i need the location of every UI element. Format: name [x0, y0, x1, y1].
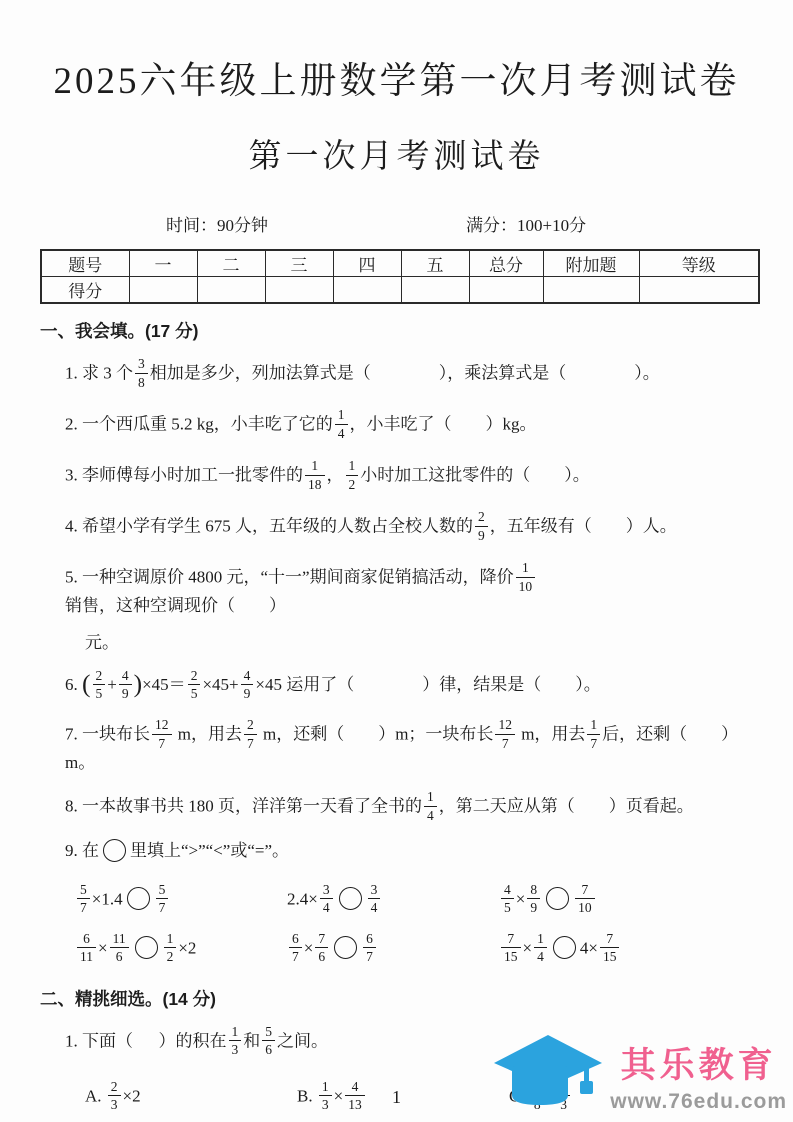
paper-meta: 时间：90分钟 满分：100+10分: [40, 211, 753, 237]
fraction: 715: [600, 931, 620, 964]
fraction: 45: [501, 882, 514, 915]
score-table-header-cell: 附加题: [543, 250, 639, 277]
fraction: 118: [305, 458, 325, 491]
question-5: 5. 一种空调原价 4800 元，“十一”期间商家促销搞活动，降价110销售，这…: [65, 562, 753, 618]
fraction: 715: [501, 931, 521, 964]
score-table-header-cell: 四: [333, 250, 401, 277]
question-9: 9. 在里填上“>”“<”或“=”。: [65, 840, 753, 864]
fraction: 13: [229, 1024, 242, 1057]
fraction: 17: [587, 717, 600, 750]
score-table-header-cell: 二: [197, 250, 265, 277]
big-paren: ): [134, 669, 143, 698]
brand-name: 其乐教育: [610, 1038, 787, 1088]
fraction: 49: [119, 668, 132, 701]
answer-circle: [334, 936, 357, 959]
fraction: 14: [424, 789, 437, 822]
question-1: 1. 求 3 个38相加是多少，列加法算式是（ ），乘法算式是（ ）。: [65, 358, 753, 391]
fraction: 34: [320, 882, 333, 915]
fraction: 14: [335, 407, 348, 440]
paper-subtitle: 第一次月考测试卷: [40, 130, 753, 177]
answer-circle: [339, 887, 362, 910]
question-8: 8. 一本故事书共 180 页，洋洋第一天看了全书的14，第二天应从第（ ）页看…: [65, 791, 753, 824]
fraction: 76: [315, 931, 328, 964]
score-blank-cell: [333, 277, 401, 304]
fraction: 12: [164, 931, 177, 964]
score-blank-cell: [197, 277, 265, 304]
paper-title: 2025六年级上册数学第一次月考测试卷: [40, 50, 753, 104]
fraction: 110: [516, 560, 536, 593]
fraction: 57: [77, 882, 90, 915]
graduation-cap-icon: [492, 1033, 604, 1114]
full-score-label: 满分：100+10分: [466, 211, 586, 236]
section1-heading: 一、我会填。(17 分): [40, 318, 753, 343]
score-table-header-cell: 总分: [469, 250, 543, 277]
score-blank-cell: [639, 277, 759, 304]
score-table-header-cell: 三: [265, 250, 333, 277]
fraction: 29: [475, 509, 488, 542]
fraction: 57: [156, 882, 169, 915]
score-table-header-cell: 五: [401, 250, 469, 277]
comparison-row-2: 611×11612×2 67×7667 715×144×715: [75, 933, 753, 966]
big-paren: (: [82, 669, 91, 698]
question-6: 6. (25+49)×45＝25×45+49×45 运用了（ ）律，结果是（ ）…: [65, 669, 753, 703]
question-3: 3. 李师傅每小时加工一批零件的118，12小时加工这批零件的（ ）。: [65, 460, 753, 493]
fraction: 116: [110, 931, 129, 964]
fraction: 127: [495, 717, 515, 750]
test-paper-page: 2025六年级上册数学第一次月考测试卷 第一次月考测试卷 时间：90分钟 满分：…: [0, 0, 793, 1122]
comparison-item: 45×89710: [499, 884, 753, 917]
score-table-header-cell: 一: [129, 250, 197, 277]
score-blank-cell: [543, 277, 639, 304]
score-table: 题号一二三四五总分附加题等级得分: [40, 249, 760, 304]
question-2: 2. 一个西瓜重 5.2 kg，小丰吃了它的14，小丰吃了（ ）kg。: [65, 409, 753, 442]
question-4: 4. 希望小学有学生 675 人，五年级的人数占全校人数的29，五年级有（ ）人…: [65, 511, 753, 544]
fraction: 127: [152, 717, 172, 750]
comparison-item: 57×1.457: [75, 884, 287, 917]
fraction: 611: [77, 931, 96, 964]
fraction: 12: [346, 458, 359, 491]
fraction: 56: [262, 1024, 275, 1057]
comparison-item: 611×11612×2: [75, 933, 287, 966]
fraction: 710: [575, 882, 595, 915]
score-blank-cell: [265, 277, 333, 304]
fraction: 14: [534, 931, 547, 964]
logo-text: 其乐教育 www.76edu.com: [610, 1038, 787, 1114]
comparison-item: 2.4×3434: [287, 884, 499, 917]
answer-circle: [103, 839, 126, 862]
score-blank-cell: [129, 277, 197, 304]
fraction: 34: [368, 882, 381, 915]
time-limit-label: 时间：90分钟: [166, 211, 268, 236]
comparison-item: 67×7667: [287, 933, 499, 966]
fraction: 38: [135, 356, 148, 389]
question-7: 7. 一块布长127 m，用去27 m，还剩（ ）m；一块布长127 m，用去1…: [65, 719, 753, 775]
fraction: 25: [93, 668, 106, 701]
answer-circle: [135, 936, 158, 959]
score-blank-cell: [469, 277, 543, 304]
fraction: 49: [241, 668, 254, 701]
section2-heading: 二、精挑细选。(14 分): [40, 986, 753, 1011]
score-row-label: 得分: [41, 277, 129, 304]
comparison-row-1: 57×1.457 2.4×3434 45×89710: [75, 884, 753, 917]
fraction: 25: [188, 668, 201, 701]
answer-circle: [553, 936, 576, 959]
fraction: 89: [527, 882, 540, 915]
fraction: 67: [363, 931, 376, 964]
score-table-header-label: 题号: [41, 250, 129, 277]
publisher-logo: 其乐教育 www.76edu.com: [492, 1033, 787, 1114]
fraction: 67: [289, 931, 302, 964]
fraction: 27: [244, 717, 257, 750]
answer-circle: [546, 887, 569, 910]
question-5-continuation: 元。: [85, 628, 753, 653]
answer-circle: [127, 887, 150, 910]
score-blank-cell: [401, 277, 469, 304]
comparison-item: 715×144×715: [499, 933, 753, 966]
brand-url: www.76edu.com: [610, 1090, 787, 1114]
score-table-header-cell: 等级: [639, 250, 759, 277]
